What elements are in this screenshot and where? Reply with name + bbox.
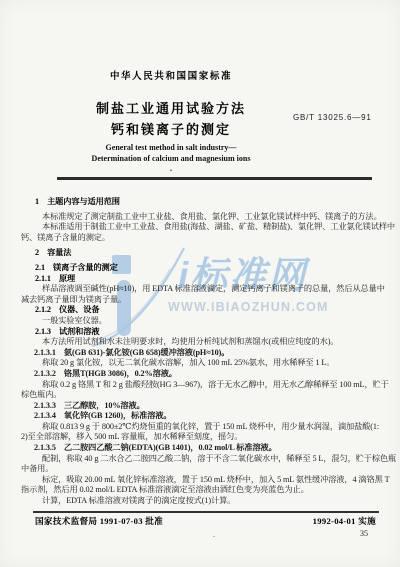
body-text-line: 标定，吸取 20.00 mL 氧化锌标准溶液，置于 150 mL 烧杯中，加入 … bbox=[21, 475, 393, 486]
body-text-line: 样品溶液调至碱性(pH≈10)，用 EDTA 标准溶液滴定，测定钙离子和镁离子的… bbox=[21, 284, 393, 295]
body-text-line: 指示剂，然后用 0.02 mol/L EDTA 标准溶液滴定至溶液由酒红色变为亮… bbox=[21, 485, 393, 496]
footer-divider-rule bbox=[33, 511, 379, 513]
page-number: 35 bbox=[360, 529, 368, 538]
document-title-line1: 制盐工业通用试验方法 bbox=[0, 98, 342, 117]
section-heading-line: 2.1.3.1 氨(GB 631)-氯化铵(GB 658)缓冲溶液(pH≈10)… bbox=[21, 348, 393, 359]
section-heading-line: 2 容量法 bbox=[21, 248, 393, 259]
body-lines: 1 主题内容与适用范围本标准规定了测定制盐工业中工业盐、食用盐、氯化钾、工业氯化… bbox=[21, 192, 393, 507]
body-text-line: 本方法所用试剂和水未注明要求时，均使用分析纯试剂和蒸馏水(或相应纯度的水)。 bbox=[21, 337, 393, 348]
body-text-line: 配制，称取 40 g 二水合乙二胺四乙酸二钠，溶于不含二氧化碳水中，稀释至 5 … bbox=[21, 454, 393, 465]
body-text-line: 称取 20 g 氯化铵，以无二氧化碳水溶解，加入 100 mL 25%氨水，用水… bbox=[21, 358, 393, 369]
body-text-line: 棕色瓶内。 bbox=[21, 390, 393, 401]
section-heading-line: 2.1.1 原理 bbox=[21, 274, 393, 285]
section-heading-line: 2.1.3.2 铬黑T(HGB 3086)，0.2%溶液。 bbox=[21, 369, 393, 380]
body-text-line: 本标准适用于制盐工业中工业盐、食用盐(海盐、湖盐、矿盐、精制盐)、氯化钾、工业氯… bbox=[21, 222, 393, 233]
standard-number: GB/T 13025.6—91 bbox=[293, 113, 372, 122]
section-heading-line: 2.1.3.5 乙二胺四乙酸二钠(EDTA)(GB 1401)，0.02 mol… bbox=[21, 443, 393, 454]
body-text-line: 2)至全部溶解，移入 500 mL 容量瓶，加水稀释至刻度，摇匀。 bbox=[21, 432, 393, 443]
body-text-line: 本标准规定了测定制盐工业中工业盐、食用盐、氯化钾、工业氯化镁试样中钙、镁离子的方… bbox=[21, 212, 393, 223]
section-heading-line: 2.1.3.3 三乙醇胺，10%溶液。 bbox=[21, 401, 393, 412]
body-text-line: 计算，EDTA 标准溶液对镁离子的滴定度按式(1)计算。 bbox=[21, 496, 393, 507]
body-text-line: 减去钙离子量即为镁离子量。 bbox=[21, 295, 393, 306]
section-heading-line: 2.1.3 试剂和溶液 bbox=[21, 327, 393, 338]
body-text-line: 钙、镁离子含量的测定。 bbox=[21, 233, 393, 244]
english-subtitle-line1: General test method in salt industry— bbox=[0, 143, 342, 152]
footer-stray-dot: . bbox=[213, 530, 215, 539]
section-heading-line: 1 主题内容与适用范围 bbox=[21, 197, 393, 208]
section-heading-line: 2.1 镁离子含量的测定 bbox=[21, 263, 393, 274]
subtitle-dot: . bbox=[0, 163, 342, 173]
scanned-standard-page: 中华人民共和国国家标准 制盐工业通用试验方法 钙和镁离子的测定 GB/T 130… bbox=[0, 0, 400, 567]
body-text-line: 称取 0.2 g 铬黑 T 和 2 g 盐酸羟胺(HG 3—967)，溶于无水乙… bbox=[21, 380, 393, 391]
section-heading-line: 2.1.3.4 氧化锌(GB 1260)，标准溶液。 bbox=[21, 411, 393, 422]
header-divider-rule bbox=[57, 177, 372, 180]
body-text-line: 称取 0.813 9 g 于 800±2℃灼烧恒重的氧化锌，置于 150 mL … bbox=[21, 422, 393, 433]
section-heading-line: 2.1.2 仪器、设备 bbox=[21, 305, 393, 316]
body-text-line: 一般实验室仪器。 bbox=[21, 316, 393, 327]
authority-line: 中华人民共和国国家标准 bbox=[0, 68, 342, 82]
footer-implementation-text: 1992-04-01 实施 bbox=[313, 515, 376, 527]
english-subtitle-line2: Determination of calcium and magnesium i… bbox=[0, 154, 342, 163]
body-text-line: 中备用。 bbox=[21, 464, 393, 475]
document-title-line2: 钙和镁离子的测定 bbox=[0, 119, 342, 138]
footer-approval-text: 国家技术监督局 1991-07-03 批准 bbox=[35, 515, 163, 527]
